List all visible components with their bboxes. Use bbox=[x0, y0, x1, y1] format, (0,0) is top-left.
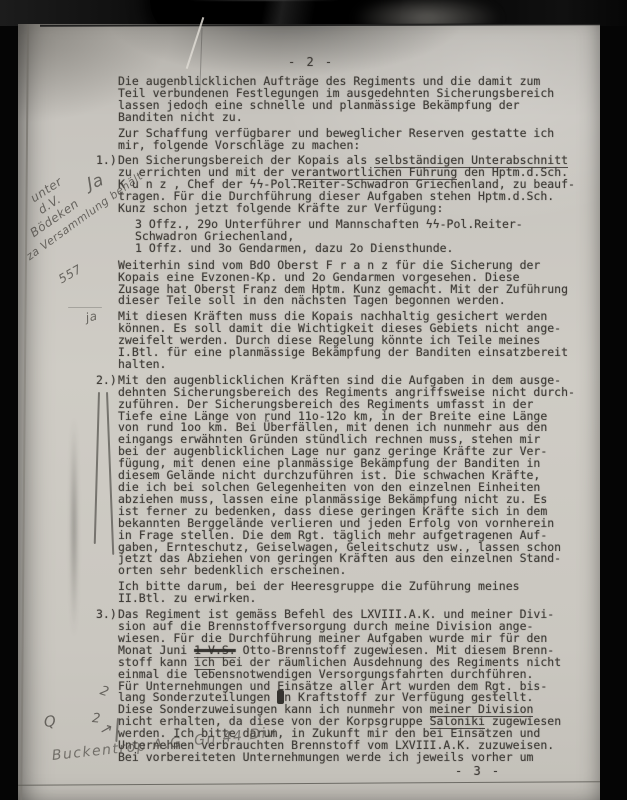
typed-line: halten. bbox=[118, 359, 594, 371]
page-left-edge bbox=[20, 24, 29, 800]
typed-line: mir, folgende Vorschläge zu machen: bbox=[118, 140, 594, 152]
typed-line: orten sehr bedenklich erscheinen. bbox=[118, 565, 594, 577]
item-number: 2.) bbox=[96, 375, 117, 387]
typed-line: dieser Teile soll in den nächsten Tagen … bbox=[118, 295, 594, 307]
typed-paragraph: Die augenblicklichen Aufträge des Regime… bbox=[118, 76, 594, 124]
page-number-top: - 2 - bbox=[288, 55, 334, 69]
margin-note-2-upper: 2 bbox=[98, 684, 111, 701]
typed-line: Kunz schon jetzt folgende Kräfte zur Ver… bbox=[118, 203, 594, 215]
typed-paragraph: Ich bitte darum, bei der Heeresgruppe di… bbox=[118, 581, 594, 605]
typed-line: II.Btl. zu erwirken. bbox=[118, 593, 594, 605]
item-number: 1.) bbox=[96, 155, 117, 167]
margin-note-q: Q bbox=[43, 713, 57, 731]
paper-fold-shadow bbox=[68, 372, 80, 682]
typed-document-body: Die augenblicklichen Aufträge des Regime… bbox=[118, 76, 594, 768]
document-page: - 2 - - 3 - Die augenblicklichen Aufträg… bbox=[18, 24, 600, 800]
typed-line: Banditen nicht zu. bbox=[118, 112, 594, 124]
margin-note-arrow: → bbox=[97, 719, 117, 740]
pencil-stroke bbox=[106, 392, 114, 555]
pencil-stroke bbox=[94, 392, 100, 544]
numbered-item: 1.)Den Sicherungsbereich der Kopais als … bbox=[118, 155, 594, 215]
typed-line: 1 Offz. und 3o Gendarmen, dazu 2o Dienst… bbox=[135, 243, 594, 255]
typed-paragraph: Weiterhin sind vom BdO Oberst F r a n z … bbox=[118, 260, 594, 308]
typed-line: I.Btl. für eine planmässige Bekämpfung d… bbox=[118, 347, 594, 359]
typed-line: Bei vorbereiteten Unternehmungen werde i… bbox=[118, 752, 594, 764]
margin-note-ja-small: ja bbox=[85, 310, 99, 326]
margin-note-ja: Ja bbox=[85, 171, 107, 195]
typed-paragraph: Zur Schaffung verfügbarer und bewegliche… bbox=[118, 128, 594, 152]
numbered-item: 2.)Mit den augenblicklichen Kräften sind… bbox=[118, 375, 594, 577]
typed-paragraph: Mit diesen Kräften muss die Kopais nachh… bbox=[118, 311, 594, 371]
typed-paragraph: 3 Offz., 29o Unterführer und Mannschafte… bbox=[135, 219, 594, 255]
bottom-crease-line bbox=[18, 781, 600, 786]
item-number: 3.) bbox=[96, 609, 117, 621]
microfilm-background: - 2 - - 3 - Die augenblicklichen Aufträg… bbox=[0, 0, 627, 800]
pencil-stroke bbox=[68, 307, 102, 308]
margin-note-557: 557 bbox=[57, 263, 85, 287]
